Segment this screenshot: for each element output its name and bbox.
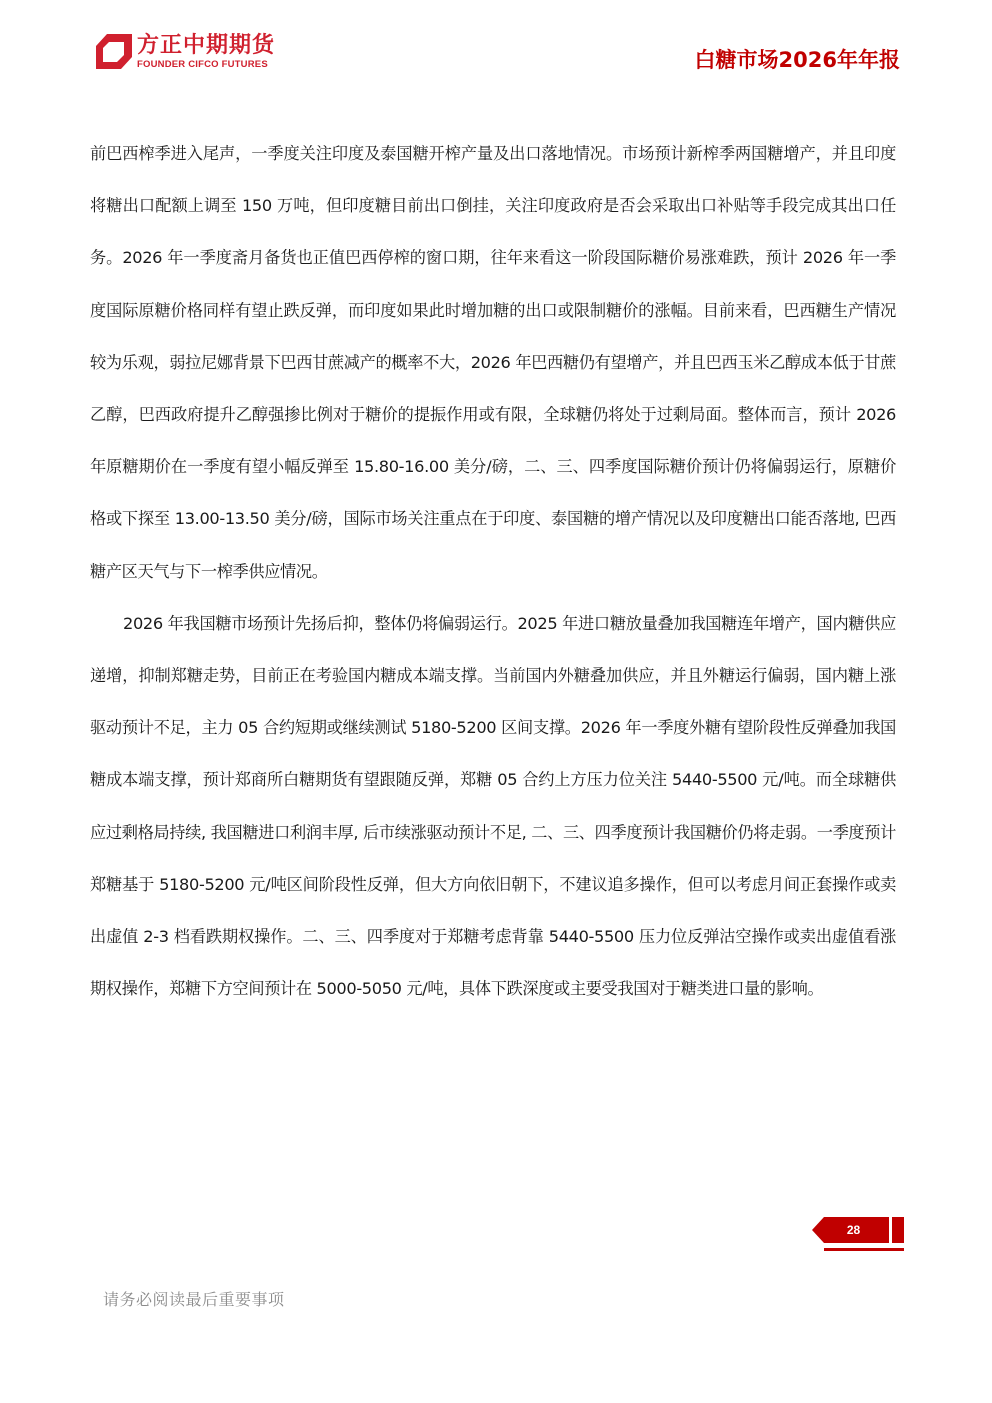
paragraph-domestic-market: 2026 年我国糖市场预计先扬后抑，整体仍将偏弱运行。2025 年进口糖放量叠加…: [90, 598, 896, 1016]
report-body: 前巴西榨季进入尾声，一季度关注印度及泰国糖开榨产量及出口落地情况。市场预计新榨季…: [90, 128, 896, 1015]
logo-name-cn: 方正中期期货: [137, 33, 275, 59]
page-number: 28: [812, 1217, 889, 1243]
page-number-underline: [824, 1248, 904, 1251]
logo-text: 方正中期期货 FOUNDER CIFCO FUTURES: [137, 33, 275, 71]
page-number-accent-block: [892, 1217, 904, 1243]
company-logo: 方正中期期货 FOUNDER CIFCO FUTURES: [95, 33, 275, 71]
disclaimer-note: 请务必阅读最后重要事项: [103, 1289, 285, 1311]
logo-name-en: FOUNDER CIFCO FUTURES: [137, 59, 275, 71]
paragraph-international-market: 前巴西榨季进入尾声，一季度关注印度及泰国糖开榨产量及出口落地情况。市场预计新榨季…: [90, 128, 896, 598]
page-number-badge: 28: [812, 1217, 904, 1253]
report-title: 白糖市场2026年年报: [695, 46, 900, 74]
founder-logo-icon: [95, 33, 133, 71]
page-header: 方正中期期货 FOUNDER CIFCO FUTURES 白糖市场2026年年报: [0, 0, 992, 100]
